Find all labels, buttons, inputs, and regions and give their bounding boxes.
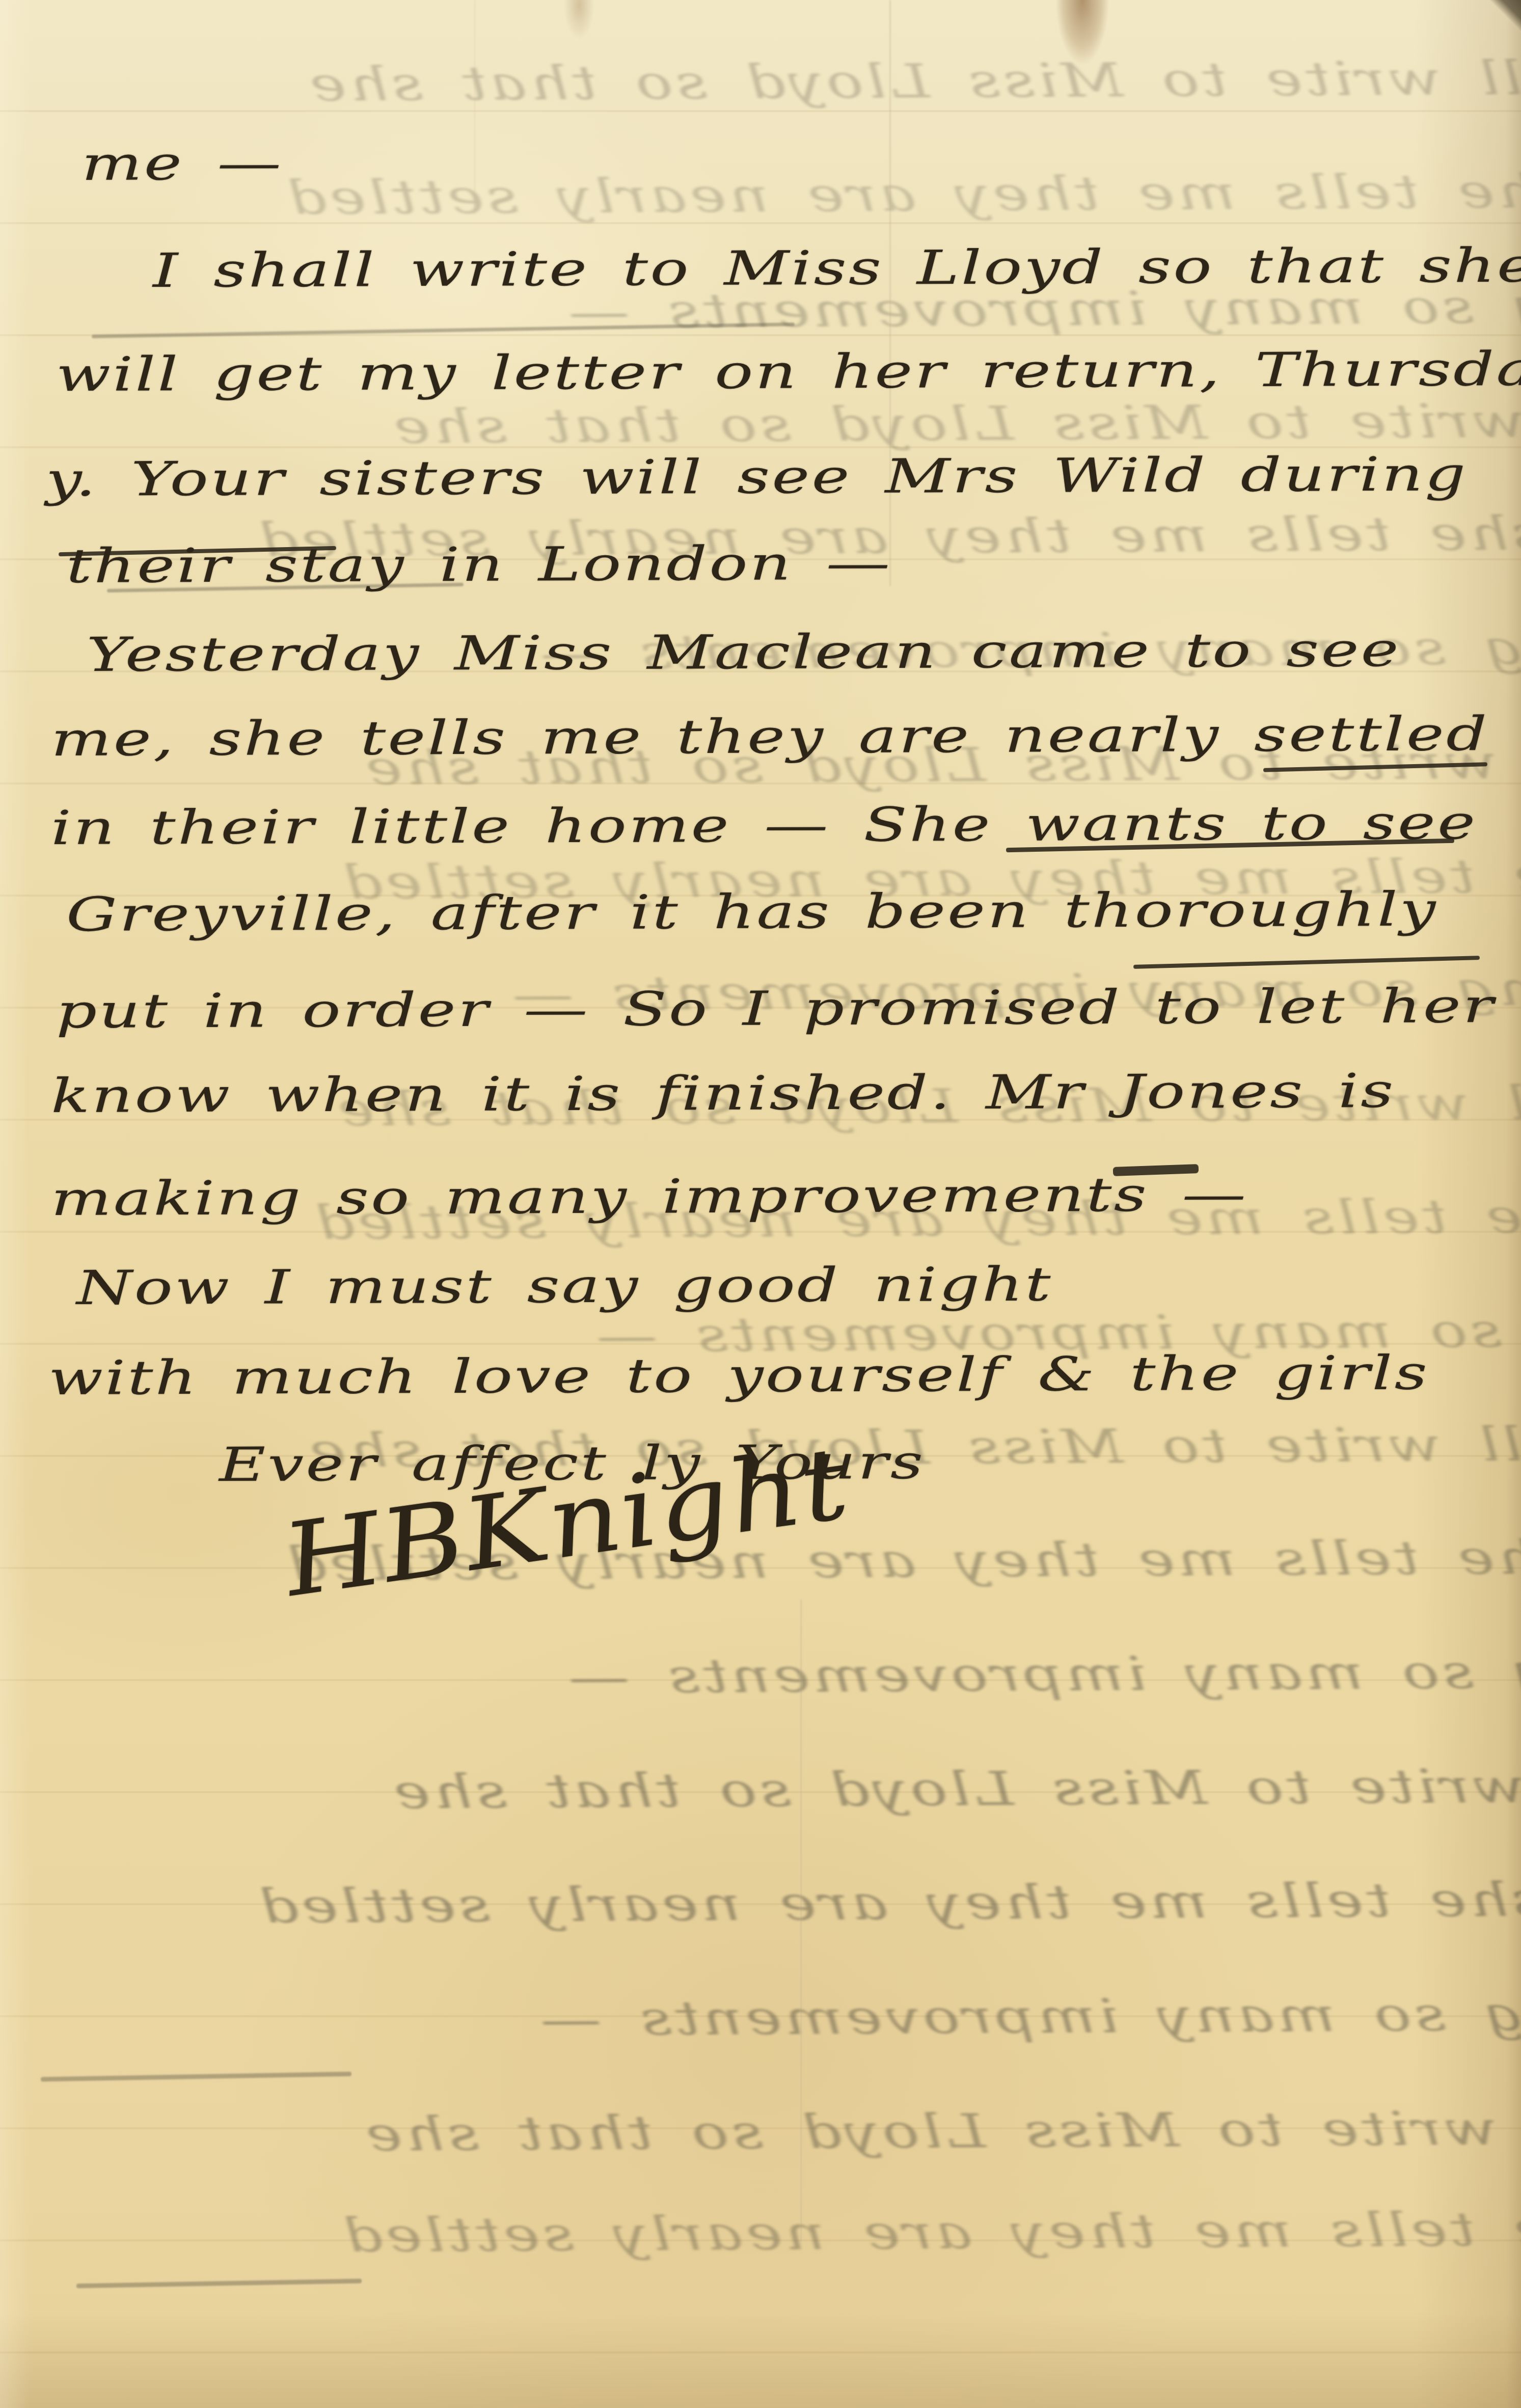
- handwriting-line: I shall write to Miss Lloyd so that she: [153, 238, 1521, 298]
- letter-page: I shall write to Miss Lloyd so that shem…: [0, 0, 1521, 2408]
- handwriting-line: Yesterday Miss Maclean came to see: [87, 623, 1401, 682]
- handwriting-line: will get my letter on her return, Thursd…: [56, 342, 1521, 402]
- handwriting-line: Greyville, after it has been thoroughly: [66, 882, 1438, 942]
- handwriting-line: y. Your sisters will see Mrs Wild during: [46, 447, 1468, 507]
- bleedthrough-stroke: [92, 322, 795, 338]
- handwriting-line: know when it is finished. Mr Jones is: [51, 1064, 1396, 1123]
- handwriting-line: put in order — So I promised to let her: [56, 979, 1496, 1039]
- bleedthrough-line: I shall write to Miss Lloyd so that she: [0, 1757, 1521, 1822]
- bleedthrough-line: making so many improvements —: [0, 1986, 1521, 2050]
- bleedthrough-line: me, she tells me they are nearly settled: [0, 1872, 1521, 1936]
- bleedthrough-line: I shall write to Miss Lloyd so that she: [0, 2100, 1521, 2165]
- fold-crease: [474, 0, 476, 214]
- bleedthrough-line: making so many improvements —: [0, 1643, 1521, 1708]
- handwriting-line: their stay in London —: [66, 536, 892, 593]
- handwriting-line: Now I must say good night: [76, 1257, 1053, 1315]
- handwriting-line: making so many improvements —: [51, 1167, 1248, 1226]
- bleedthrough-line: I shall write to Miss Lloyd so that she: [0, 50, 1521, 115]
- bleedthrough-stroke: [41, 2072, 351, 2082]
- fold-crease: [800, 1600, 802, 2241]
- handwriting-line: with much love to yourself & the girls: [48, 1346, 1429, 1405]
- handwriting-line: me, she tells me they are nearly settled: [51, 707, 1489, 767]
- handwriting-line: me —: [82, 136, 283, 191]
- bleedthrough-stroke: [76, 2279, 362, 2288]
- bleedthrough-line: me, she tells me they are nearly settled: [0, 2201, 1521, 2265]
